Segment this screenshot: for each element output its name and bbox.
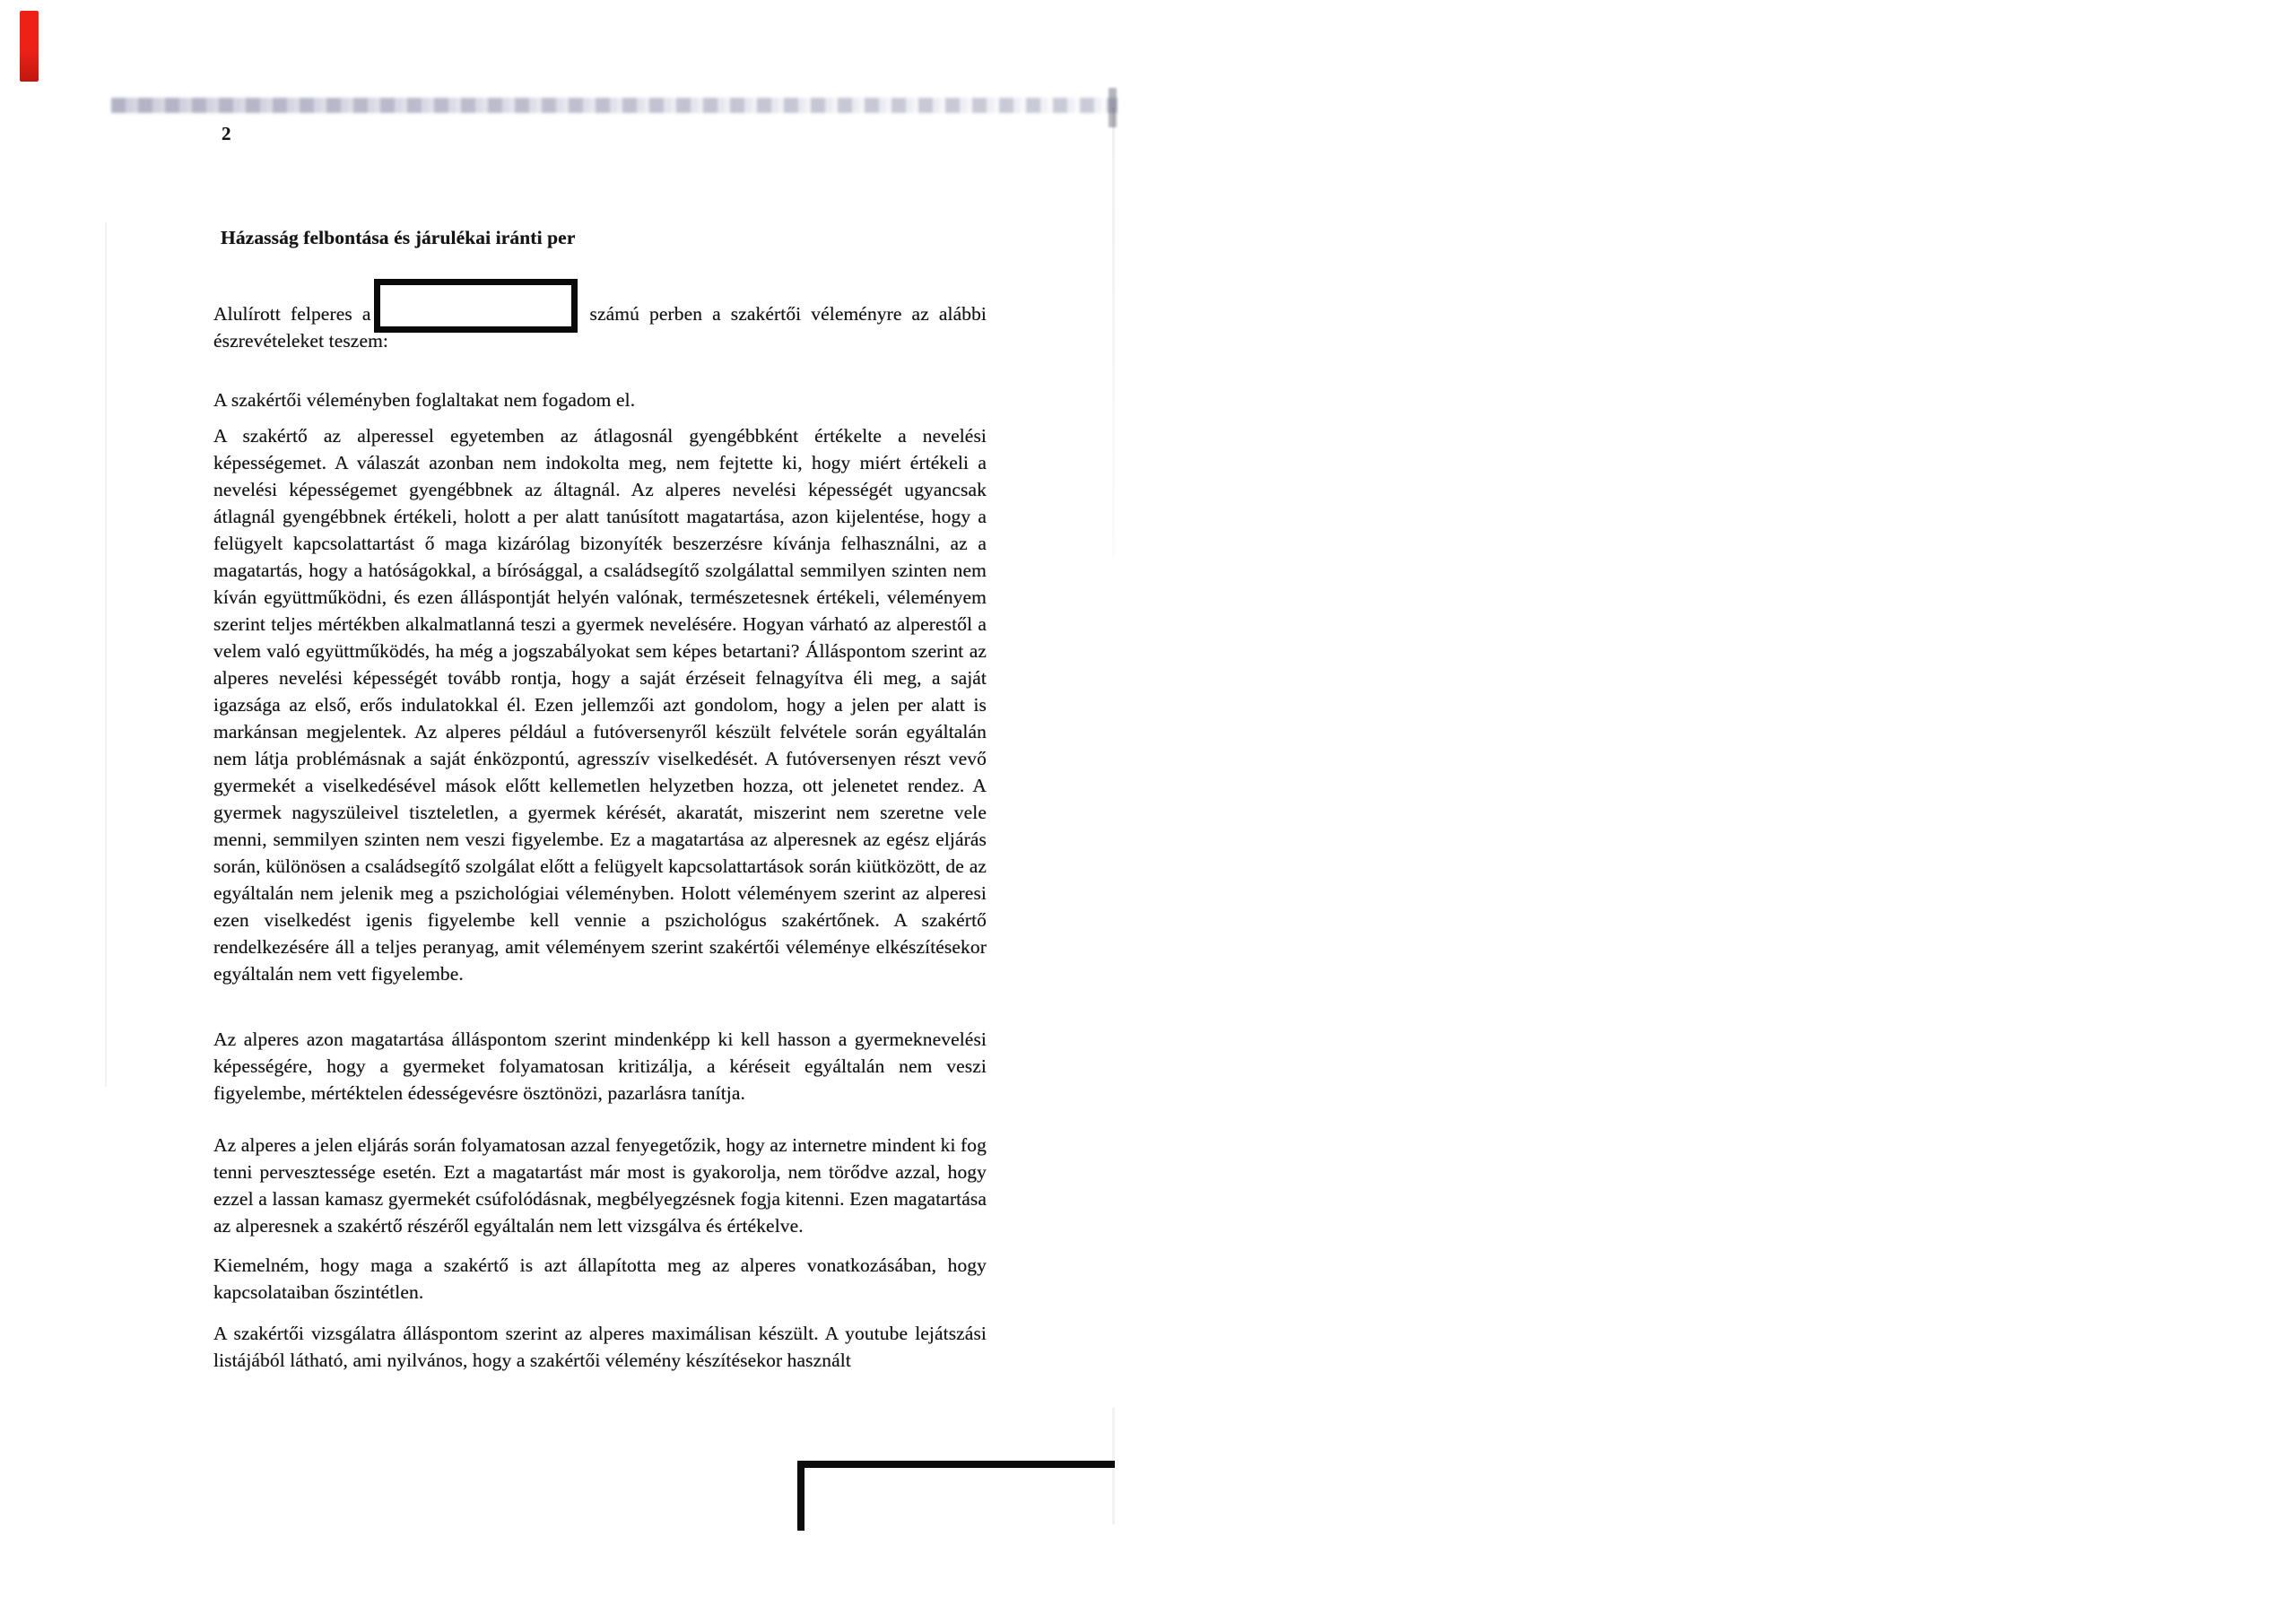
page-number: 2 [222, 120, 231, 147]
paragraph-expert-criticism: A szakértő az alperessel egyetemben az á… [213, 422, 987, 987]
page-edge-line-right-top [1112, 108, 1115, 556]
partial-rectangle-corner [797, 1461, 1115, 1531]
paragraph-defendant-behavior: Az alperes azon magatartása álláspontom … [213, 1026, 987, 1107]
scanned-document-page: 2 Házasság felbontása és járulékai iránt… [0, 0, 2296, 1623]
page-edge-line-left [105, 222, 107, 1087]
paragraph-expert-finding: Kiemelném, hogy maga a szakértő is azt á… [213, 1252, 987, 1306]
redaction-box [374, 279, 578, 333]
scan-smudge-band [111, 98, 1118, 113]
paragraph-internet-threats: Az alperes a jelen eljárás során folyama… [213, 1132, 987, 1239]
paragraph-rejection-statement: A szakértői véleményben foglaltakat nem … [213, 386, 987, 413]
document-title: Házasság felbontása és járulékai iránti … [221, 224, 575, 251]
opening-text-before-redaction: Alulírott felperes a [213, 303, 370, 325]
paragraph-opening: Alulírott felperes a számú perben a szak… [213, 300, 987, 354]
paragraph-youtube-preparation: A szakértői vizsgálatra álláspontom szer… [213, 1320, 987, 1374]
red-pen-mark [20, 11, 39, 82]
